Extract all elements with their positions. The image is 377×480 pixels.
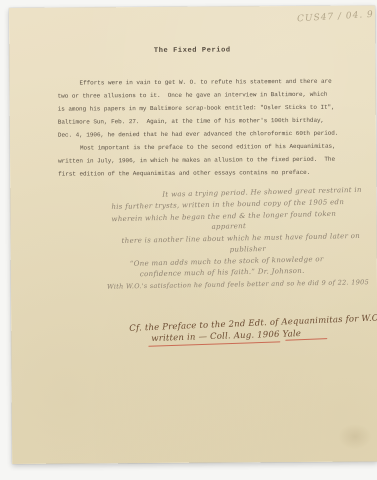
scanned-document-view: CUS47 / 04. 9 The Fixed Period Efforts w… [0, 0, 377, 480]
typed-paragraph-1: Efforts were in vain to get W. O. to ref… [57, 75, 349, 142]
catalog-number: CUS47 / 04. 9 [297, 9, 377, 24]
document-title: The Fixed Period [9, 45, 375, 56]
pencil-note-line: “One man adds much to the stock of knowl… [130, 255, 324, 268]
pencil-note-line: publisher [230, 245, 266, 254]
pencil-note-line: It was a trying period. He showed great … [162, 186, 362, 199]
pencil-note-line: his further trysts, written in the bound… [111, 198, 344, 211]
pencil-note-line: confidence much of his faith.” Dr. Johns… [140, 267, 305, 278]
pencil-note-line: wherein which he began the end & the lon… [111, 210, 336, 223]
pencil-note-line: there is another line about which he mus… [122, 232, 361, 245]
pencil-note-line: apparent [211, 222, 246, 231]
typed-paragraph-2: Most important is the preface to the sec… [58, 140, 350, 181]
red-underline [285, 338, 327, 341]
paper-stain [338, 423, 372, 449]
typed-line: first edition of the Aequanimitas and ot… [58, 166, 350, 181]
document-page: CUS47 / 04. 9 The Fixed Period Efforts w… [9, 5, 377, 464]
pencil-note-line: With W.O.'s satisfaction he found feels … [107, 278, 369, 291]
